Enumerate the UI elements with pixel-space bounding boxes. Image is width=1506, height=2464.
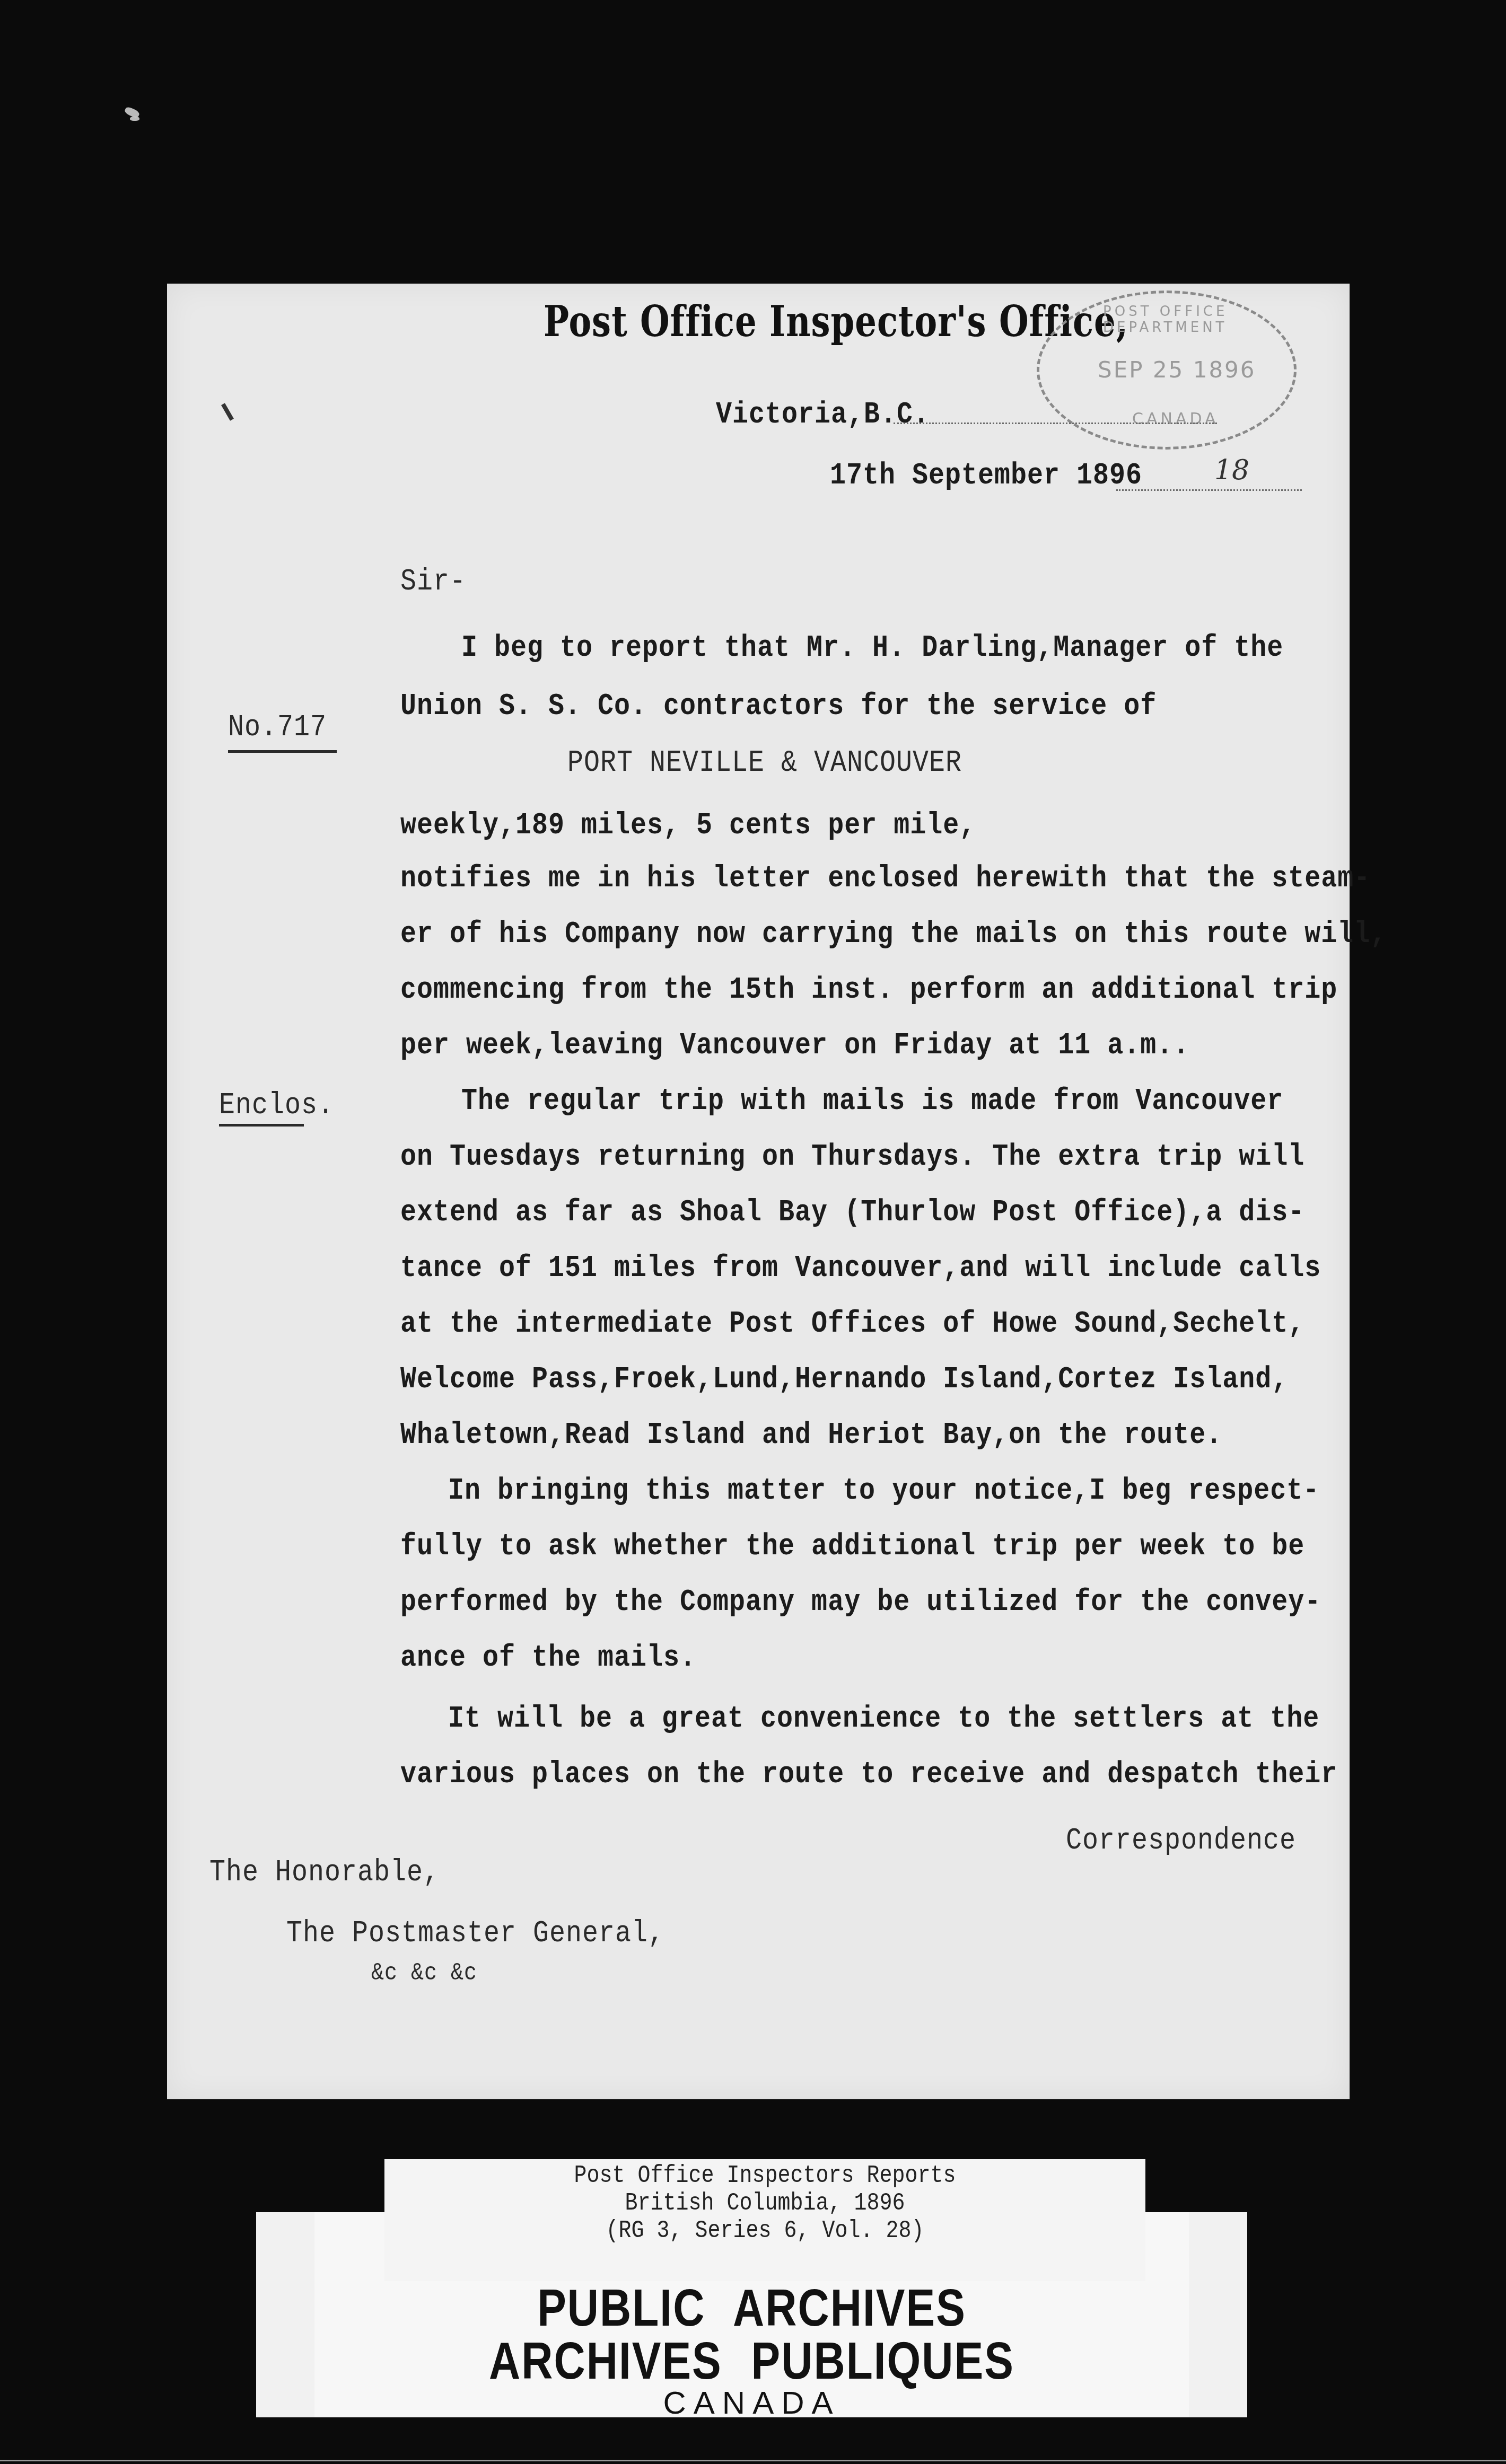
body-line: Union S. S. Co. contractors for the serv… — [400, 689, 1157, 724]
date-dotted-line — [1116, 489, 1302, 491]
margin-note-number: No.717 — [228, 710, 327, 745]
body-line: per week,leaving Vancouver on Friday at … — [400, 1028, 1189, 1063]
pen-mark — [221, 403, 234, 420]
film-speck — [130, 117, 139, 121]
body-line: I beg to report that Mr. H. Darling,Mana… — [461, 631, 1283, 666]
archive-country: CANADA — [256, 2384, 1247, 2421]
body-line: In bringing this matter to your notice,I… — [448, 1474, 1319, 1509]
body-line: It will be a great convenience to the se… — [448, 1702, 1319, 1737]
addressee-name: The Postmaster General, — [286, 1916, 664, 1951]
body-line: fully to ask whether the additional trip… — [400, 1529, 1304, 1564]
body-line: on Tuesdays returning on Thursdays. The … — [400, 1140, 1304, 1175]
archive-name-english: PUBLIC ARCHIVES — [256, 2279, 1247, 2339]
body-line: at the intermediate Post Offices of Howe… — [400, 1307, 1304, 1342]
body-line: tance of 151 miles from Vancouver,and wi… — [400, 1251, 1321, 1286]
margin-note-enclosure-underline — [219, 1124, 304, 1127]
route-name: PORT NEVILLE & VANCOUVER — [567, 746, 962, 781]
catchword: Correspondence — [1066, 1824, 1296, 1859]
stamp-top-text: POST OFFICE DEPARTMENT — [1103, 304, 1294, 336]
received-stamp: POST OFFICE DEPARTMENT SEP 25 1896 CANAD… — [1037, 291, 1297, 450]
archive-reference: (RG 3, Series 6, Vol. 28) — [384, 2218, 1145, 2246]
place: Victoria,B.C. — [716, 398, 930, 433]
archive-collection: Post Office Inspectors Reports — [384, 2163, 1145, 2190]
margin-note-enclosure: Enclos. — [219, 1088, 334, 1123]
body-line: commencing from the 15th inst. perform a… — [400, 973, 1337, 1008]
body-line: Whaletown,Read Island and Heriot Bay,on … — [400, 1418, 1222, 1453]
body-line: Welcome Pass,Froek,Lund,Hernando Island,… — [400, 1362, 1288, 1397]
body-line: performed by the Company may be utilized… — [400, 1585, 1321, 1620]
film-edge-line — [0, 2460, 1506, 2461]
margin-note-underline — [228, 750, 337, 753]
body-line: The regular trip with mails is made from… — [461, 1084, 1283, 1119]
body-line: notifies me in his letter enclosed herew… — [400, 861, 1370, 896]
body-line: ance of the mails. — [400, 1641, 696, 1676]
body-line: er of his Company now carrying the mails… — [400, 917, 1387, 952]
date-annotation: 18 — [1214, 454, 1249, 486]
place-dotted-line — [894, 423, 1217, 424]
letter-date: 17th September 1896 — [830, 459, 1142, 494]
body-line: various places on the route to receive a… — [400, 1757, 1337, 1792]
letterhead: Post Office Inspector's Office, — [544, 297, 1128, 347]
stamp-date: SEP 25 1896 — [1098, 357, 1256, 383]
stamp-bottom-text: CANADA — [1132, 410, 1219, 428]
archive-region-year: British Columbia, 1896 — [384, 2190, 1145, 2218]
letter-page: Post Office Inspector's Office, POST OFF… — [167, 284, 1350, 2099]
body-line: weekly,189 miles, 5 cents per mile, — [400, 808, 976, 843]
body-line: extend as far as Shoal Bay (Thurlow Post… — [400, 1195, 1304, 1230]
addressee-title: The Honorable, — [209, 1855, 440, 1890]
archive-reference-label: Post Office Inspectors Reports British C… — [384, 2159, 1145, 2281]
archive-name-french: ARCHIVES PUBLIQUES — [256, 2332, 1247, 2392]
addressee-etc: &c &c &c — [371, 1960, 477, 1987]
salutation: Sir- — [400, 565, 466, 600]
